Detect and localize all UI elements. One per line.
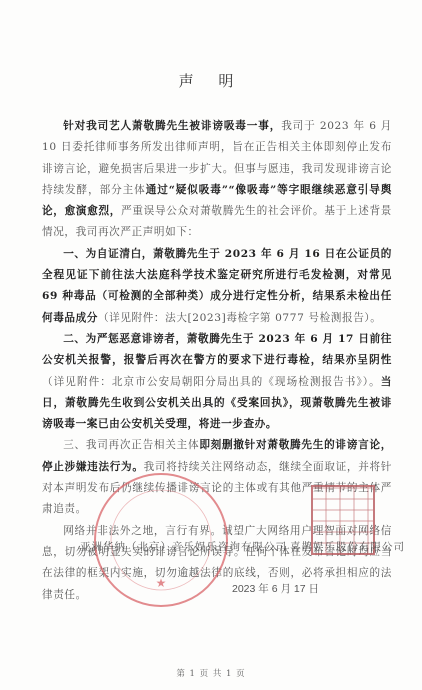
point-2-paragraph: 二、为严惩恶意诽谤者，萧敬腾先生于 2023 年 6 月 17 日前往公安机关报…	[42, 329, 392, 435]
intro-lead: 针对我司艺人萧敬腾先生被诽谤吸毒一事，	[63, 120, 281, 132]
signatory-left: 亚洲华纳（北京）音乐娱乐咨询有限公司	[80, 539, 287, 554]
page-footer: 第 1 页 共 1 页	[0, 667, 422, 679]
point-2-text: （详见附件：北京市公安局朝阳分局出具的《现场检测报告书》）。	[42, 376, 381, 388]
signatory-right: 喜鹊娱乐股份有限公司	[290, 539, 405, 554]
point-2-bold-1: 二、为严惩恶意诽谤者，萧敬腾先生于 2023 年 6 月 17 日前往公安机关报…	[42, 333, 392, 366]
svg-text:★: ★	[156, 576, 167, 590]
intro-paragraph: 针对我司艺人萧敬腾先生被诽谤吸毒一事，我司于 2023 年 6 月 10 日委托…	[42, 116, 392, 244]
point-3-text-1: 三、我司再次正告相关主体	[63, 439, 199, 451]
page-title: 声 明	[0, 70, 422, 91]
point-1-text: （详见附件：法大[2023]毒检字第 0777 号检测报告）。	[98, 312, 382, 324]
point-1-paragraph: 一、为自证清白，萧敬腾先生于 2023 年 6 月 16 日在公证员的全程见证下…	[42, 244, 392, 329]
document-page: 声 明 针对我司艺人萧敬腾先生被诽谤吸毒一事，我司于 2023 年 6 月 10…	[0, 0, 422, 690]
statement-date: 2023 年 6 月 17 日	[232, 581, 319, 596]
